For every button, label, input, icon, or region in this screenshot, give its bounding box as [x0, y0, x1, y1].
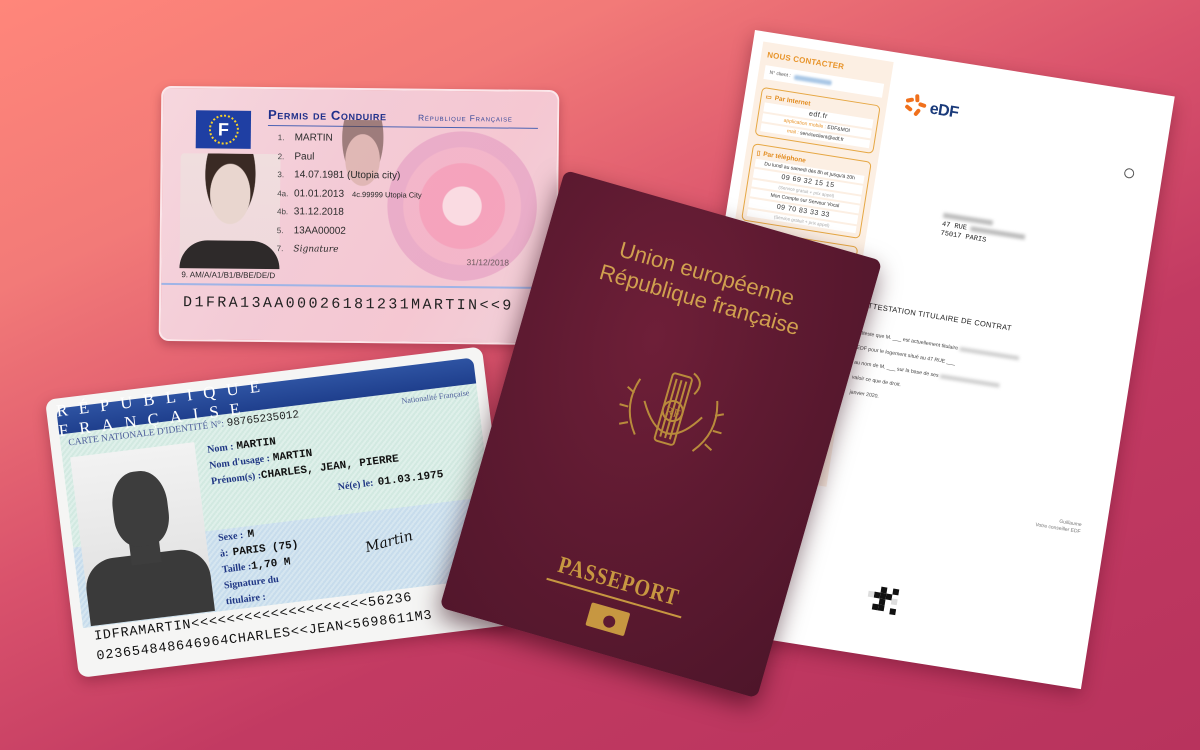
- qr-code: [865, 585, 899, 619]
- licence-fields: 1. MARTIN 2. Paul 3. 14.07.1981 (Utopia …: [277, 129, 423, 260]
- contact-box-internet: ▭Par Internet edf.fr application mobile …: [755, 87, 881, 154]
- laptop-icon: ▭: [765, 93, 772, 102]
- licence-country: République Française: [418, 113, 513, 124]
- signature-block: Guillaume Votre conseiller EDF: [1035, 515, 1082, 536]
- driving-licence-card: F Permis de Conduire République Français…: [159, 86, 560, 345]
- id-fields-lower: Sexe : M à: PARIS (75) Taille :1,70 M Si…: [217, 520, 305, 609]
- holder-silhouette: [70, 442, 215, 626]
- national-id-card: RÉPUBLIQUE FRANÇAISE CARTE NATIONALE D'I…: [45, 346, 516, 678]
- blurred-client-id: [794, 74, 832, 85]
- document-title: ATTESTATION TITULAIRE DE CONTRAT: [863, 300, 1013, 332]
- eu-flag-icon: F: [196, 110, 251, 149]
- biometric-chip-icon: [585, 602, 630, 636]
- contact-box-phone: ▯Par téléphone Du lundi au samedi dès 8h…: [741, 143, 872, 239]
- expiry-stamp: 31/12/2018: [466, 257, 509, 267]
- edf-flower-icon: [903, 95, 928, 120]
- letter-body: atteste que M. ___ est actuellement titu…: [848, 330, 1107, 443]
- phone-icon: ▯: [756, 149, 761, 157]
- licence-mrz: D1FRA13AA00026181231MARTIN<<9: [183, 294, 514, 314]
- recipient-address: 47 RUE 75017 PARIS: [940, 212, 1028, 252]
- edf-logo: eDF: [903, 95, 960, 125]
- coat-of-arms-icon: RF: [599, 335, 747, 483]
- licence-categories: 9. AM/A/A1/B1/B/BE/DE/D: [181, 270, 275, 280]
- postage-stamp-icon: [1123, 168, 1134, 179]
- holder-photo: [179, 153, 280, 269]
